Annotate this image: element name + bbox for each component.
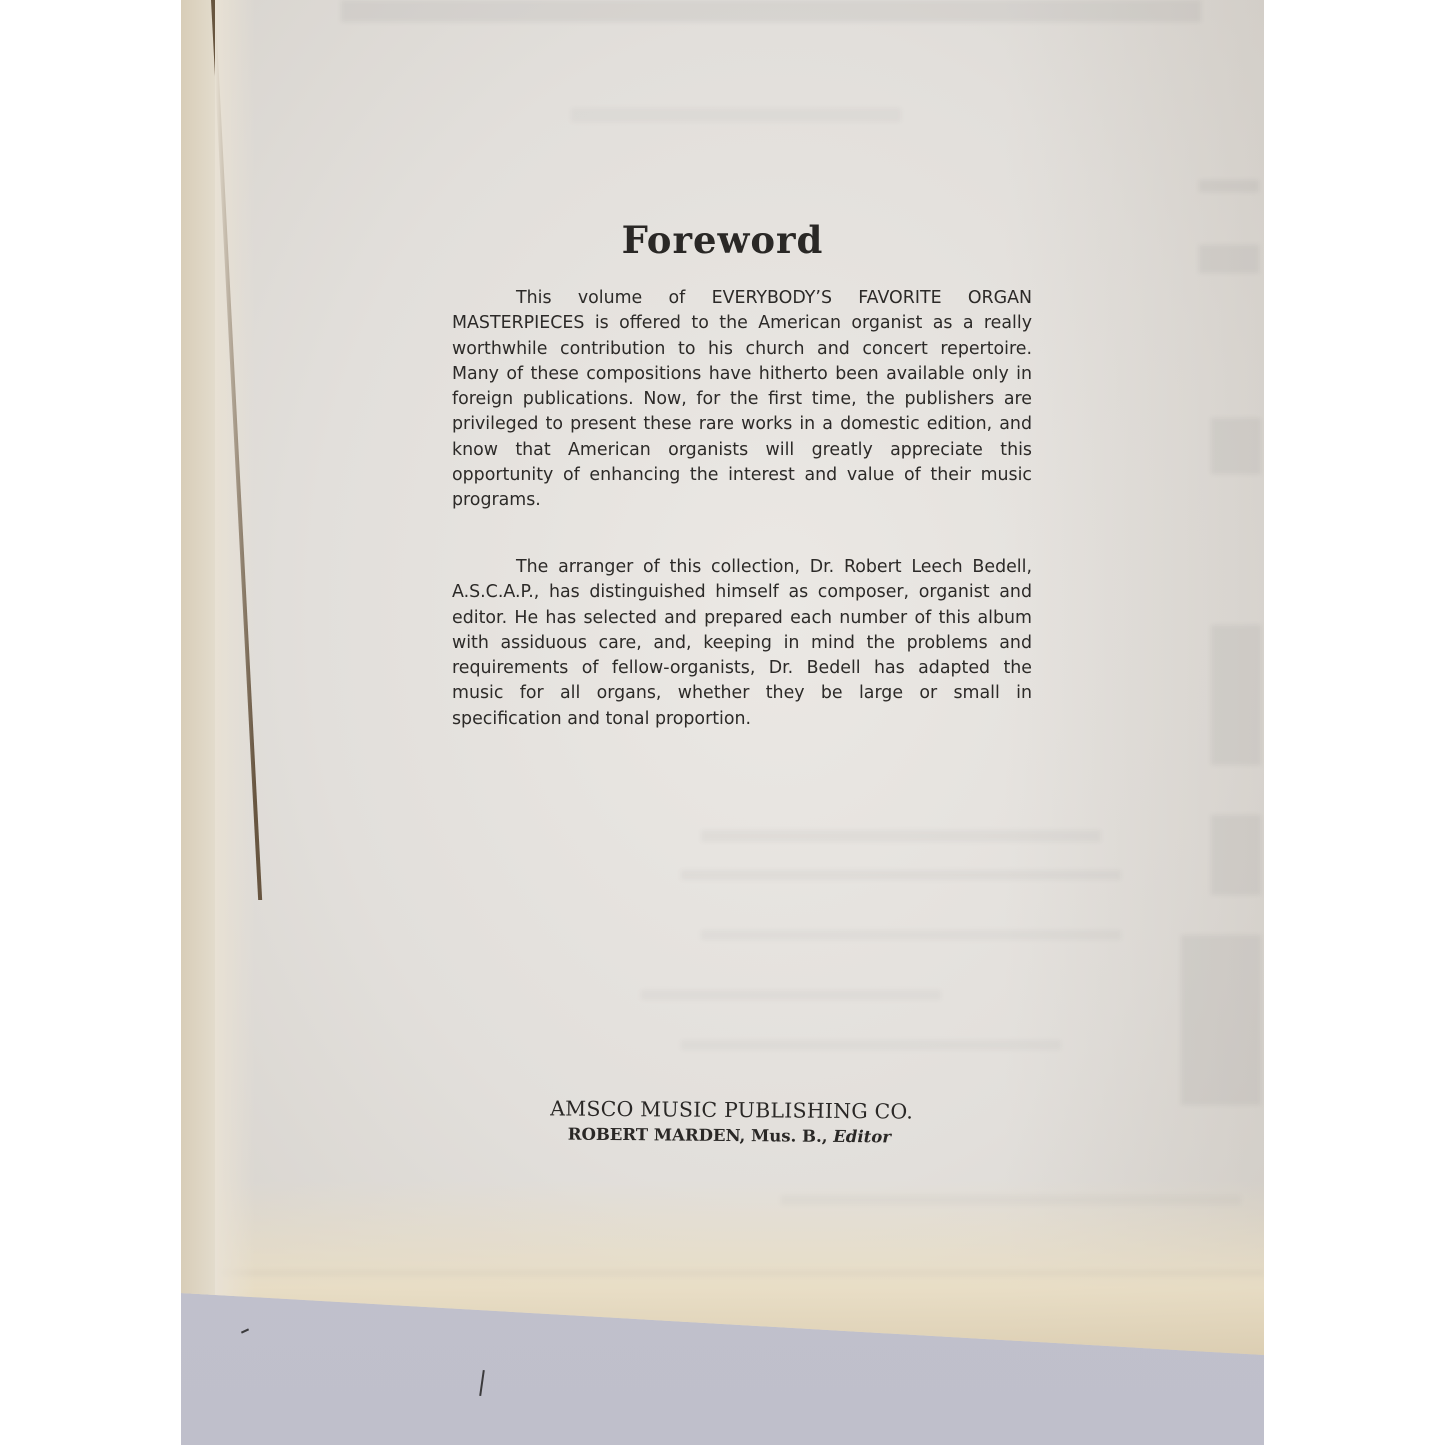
show-through-text [1199, 180, 1259, 192]
foreword-paragraph-2: The arranger of this collection, Dr. Rob… [452, 555, 1032, 732]
show-through-text [1211, 815, 1261, 895]
show-through-text [1181, 935, 1261, 1105]
show-through-text [681, 1040, 1061, 1050]
book-page: Foreword This volume of EVERYBODY’S FAVO… [181, 0, 1264, 1360]
show-through-text [641, 990, 941, 1000]
binding-edge [181, 0, 217, 1360]
foreword-title: Foreword [181, 218, 1264, 262]
book-page-photo: Foreword This volume of EVERYBODY’S FAVO… [181, 0, 1264, 1445]
editor-name: ROBERT MARDEN, Mus. B., [568, 1125, 828, 1146]
show-through-text [701, 830, 1101, 842]
show-through-text [181, 1270, 1264, 1276]
show-through-text [1211, 418, 1261, 474]
paragraph-text: The arranger of this collection, Dr. Rob… [452, 555, 1032, 732]
editor-role: Editor [833, 1127, 891, 1147]
show-through-text [341, 0, 1201, 22]
paragraph-text: This volume of EVERYBODY’S FAVORITE ORGA… [452, 286, 1032, 514]
editor-credit: ROBERT MARDEN, Mus. B., Editor [188, 1121, 1264, 1149]
show-through-text [701, 930, 1121, 940]
show-through-text [781, 1195, 1241, 1205]
foreword-paragraph-1: This volume of EVERYBODY’S FAVORITE ORGA… [452, 286, 1032, 514]
show-through-text [571, 108, 901, 122]
publisher-block: AMSCO MUSIC PUBLISHING CO. ROBERT MARDEN… [190, 1093, 1264, 1149]
show-through-text [1211, 625, 1261, 765]
show-through-text [681, 870, 1121, 880]
